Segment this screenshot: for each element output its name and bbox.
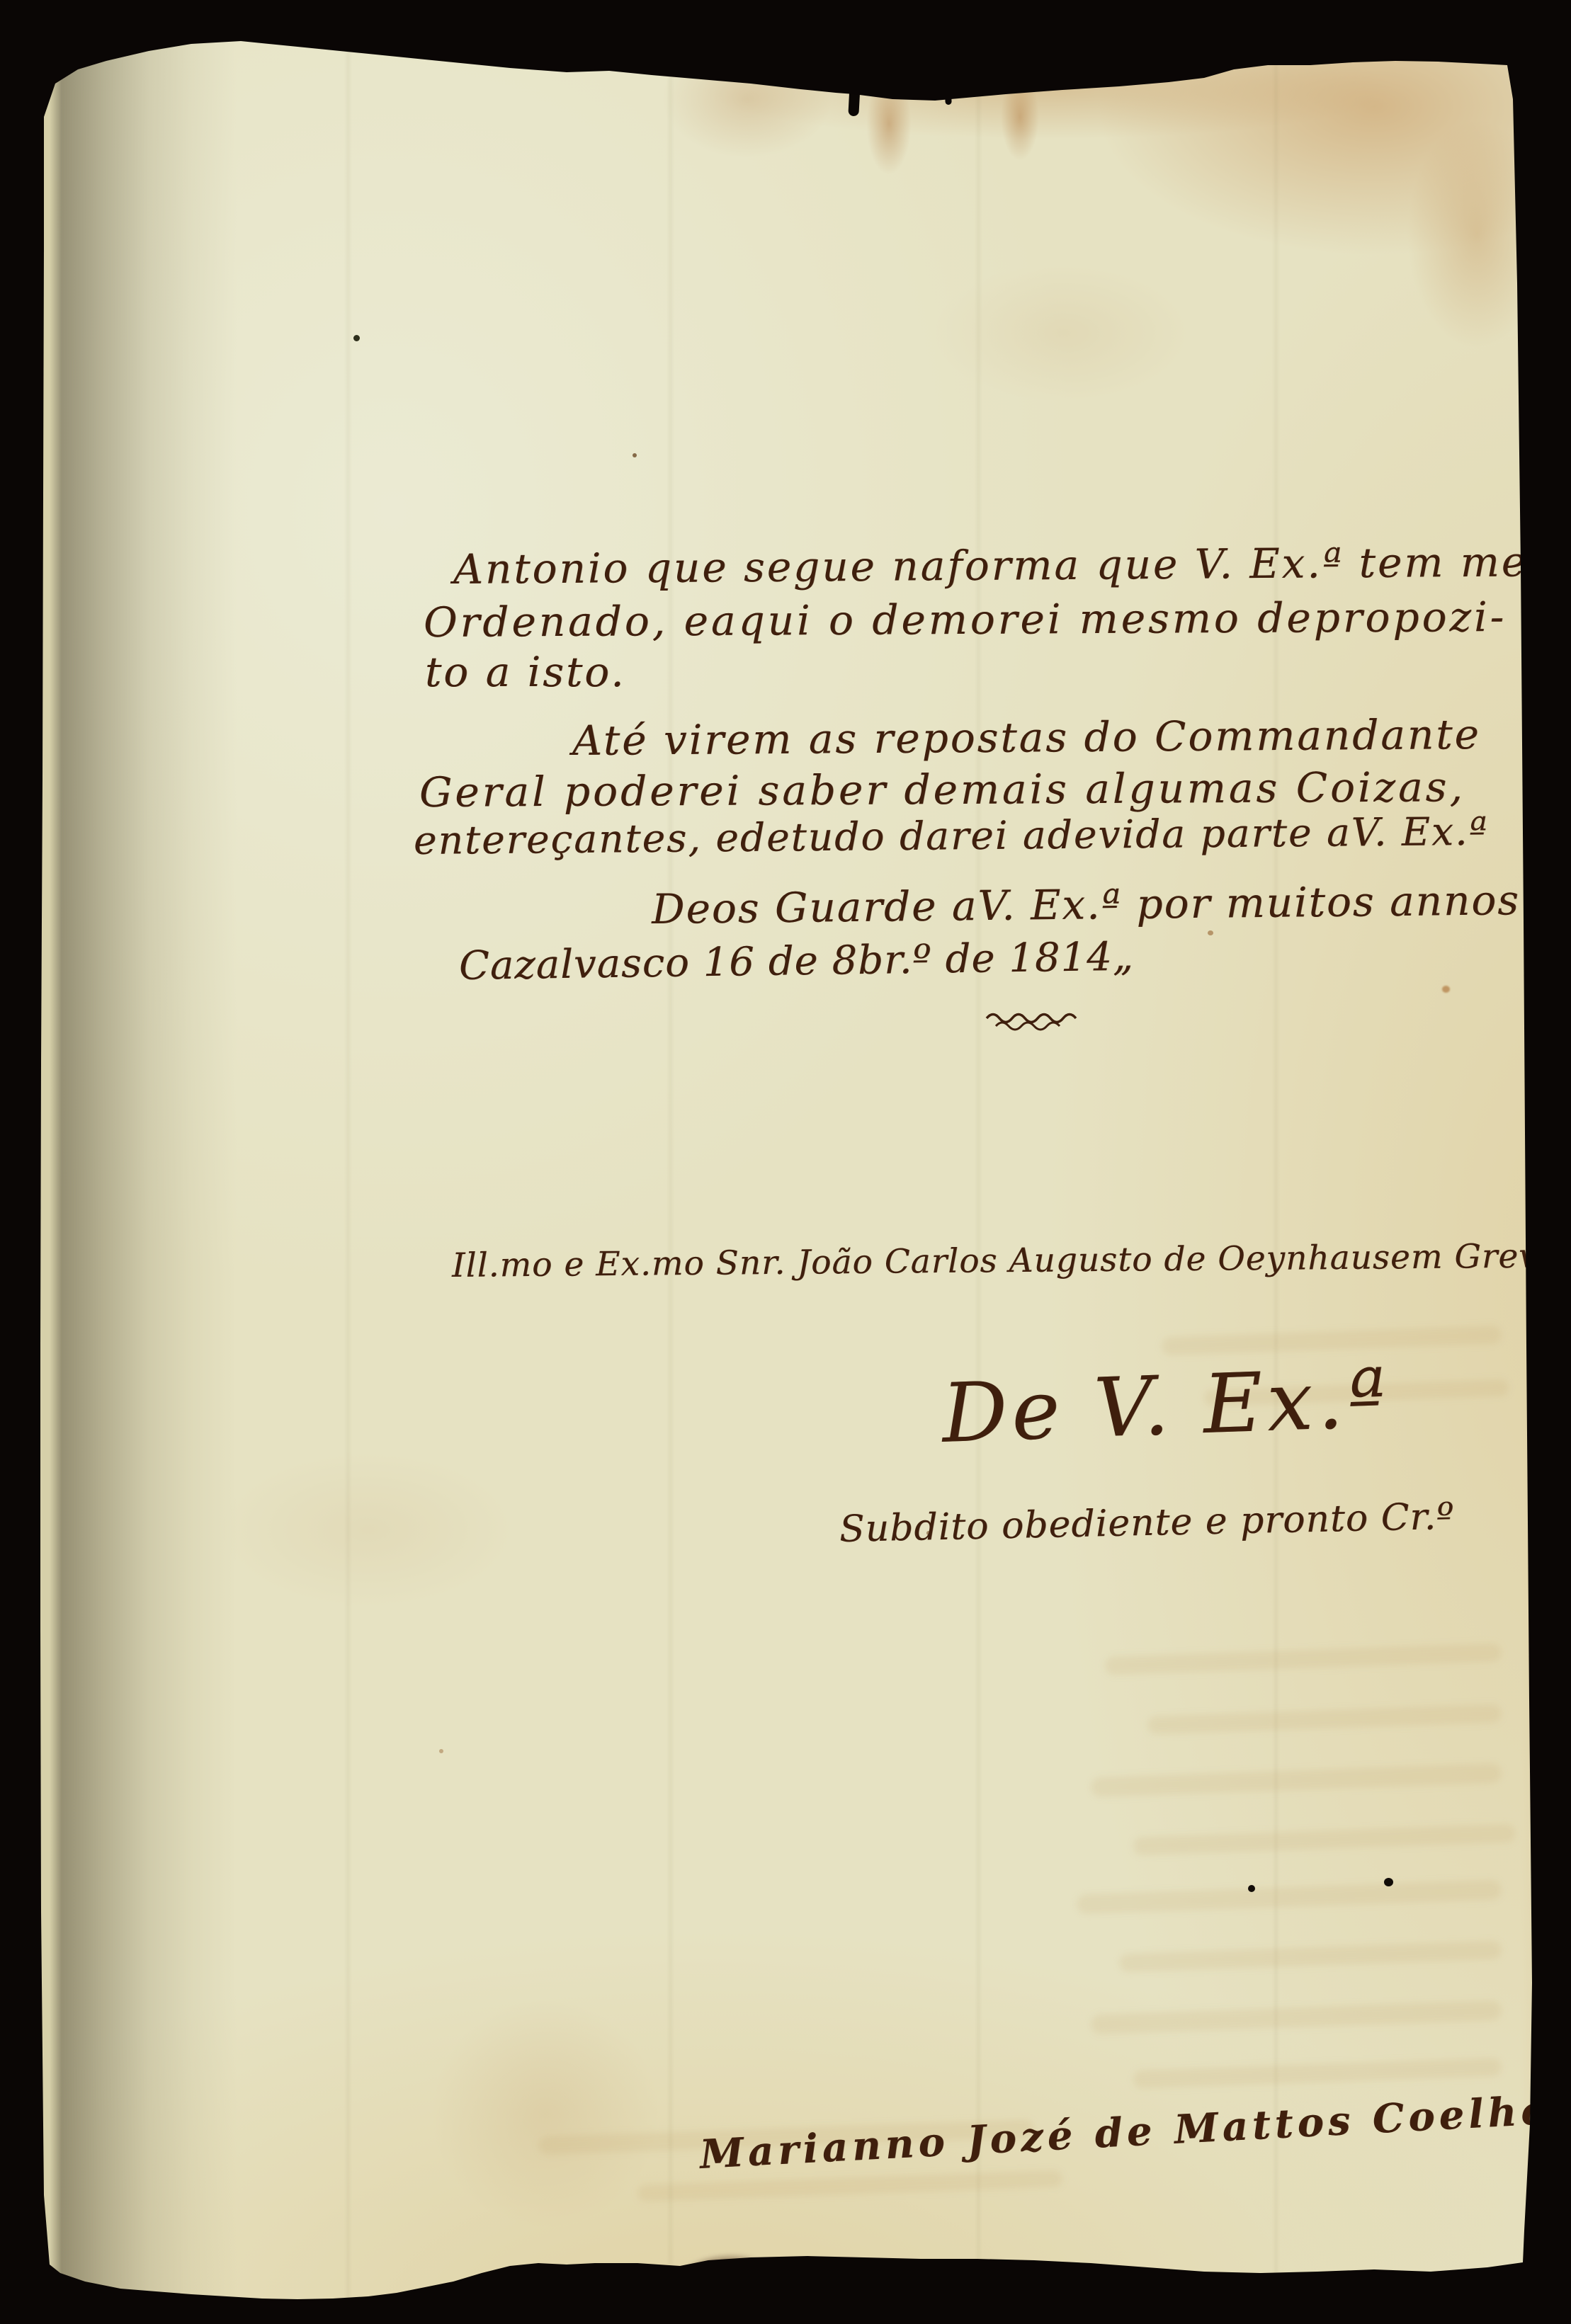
- letter-body-line: Até virem as repostas do Commandante: [572, 710, 1481, 765]
- pinhole: [1248, 1885, 1255, 1892]
- bleedthrough-smudge: [1105, 1643, 1502, 1675]
- paper-speck: [439, 1749, 443, 1753]
- paper-crease: [669, 0, 671, 2324]
- torn-edge-notch: [848, 71, 861, 117]
- paper-speck: [1208, 930, 1213, 935]
- paper-crease: [1275, 0, 1277, 2324]
- paper-crease: [977, 0, 980, 2324]
- bleedthrough-smudge: [1147, 1704, 1502, 1734]
- bleedthrough-smudge: [1162, 1326, 1502, 1356]
- left-gutter-shadow: [39, 0, 237, 2324]
- signature: Marianno Jozé de Mattos Coelho: [698, 2087, 1553, 2178]
- letter-dateline: Cazalvasco 16 de 8br.º de 1814„: [459, 934, 1135, 989]
- letter-body-line: entereçantes, edetudo darei adevida part…: [414, 809, 1489, 863]
- letter-body-line: to a isto.: [425, 648, 626, 696]
- ink-blot-stain: [665, 2243, 780, 2301]
- paper-speck: [633, 453, 637, 457]
- photo-background: Antonio que segue naforma que V. Ex.ª te…: [0, 0, 1571, 2324]
- paper-crease: [347, 0, 349, 2324]
- bleedthrough-smudge: [1133, 2058, 1502, 2089]
- right-edge-shading: [1521, 0, 1571, 2324]
- pinhole: [1384, 1878, 1393, 1886]
- letter-subscription: Subdito obediente e pronto Cr.º: [839, 1496, 1455, 1551]
- letter-body-line: Antonio que segue naforma que V. Ex.ª te…: [453, 537, 1544, 593]
- bleedthrough-smudge: [1119, 1941, 1502, 1973]
- bleedthrough-smudge: [1077, 1880, 1502, 1915]
- bleedthrough-smudge: [1133, 1824, 1516, 1856]
- letter-valediction: De V. Ex.ª: [941, 1351, 1392, 1462]
- torn-edge-notch: [944, 76, 951, 105]
- letter-addressee-line: Ill.mo e Ex.mo Snr. João Carlos Augusto …: [452, 1236, 1571, 1285]
- paper-speck: [353, 335, 360, 341]
- bleedthrough-smudge: [1091, 1763, 1502, 1797]
- letter-body-line: Ordenado, eaqui o demorei mesmo depropoz…: [424, 593, 1507, 646]
- letter-valediction-formula: Deos Guarde aV. Ex.ª por muitos annos: [652, 876, 1521, 933]
- paper-speck: [1442, 986, 1450, 993]
- manuscript-page: Antonio que segue naforma que V. Ex.ª te…: [0, 0, 1571, 2324]
- bleedthrough-smudge: [1091, 2000, 1502, 2034]
- letter-body-line: Geral poderei saber demais algumas Coiza…: [419, 763, 1465, 816]
- date-underline-flourish: [983, 1008, 1104, 1031]
